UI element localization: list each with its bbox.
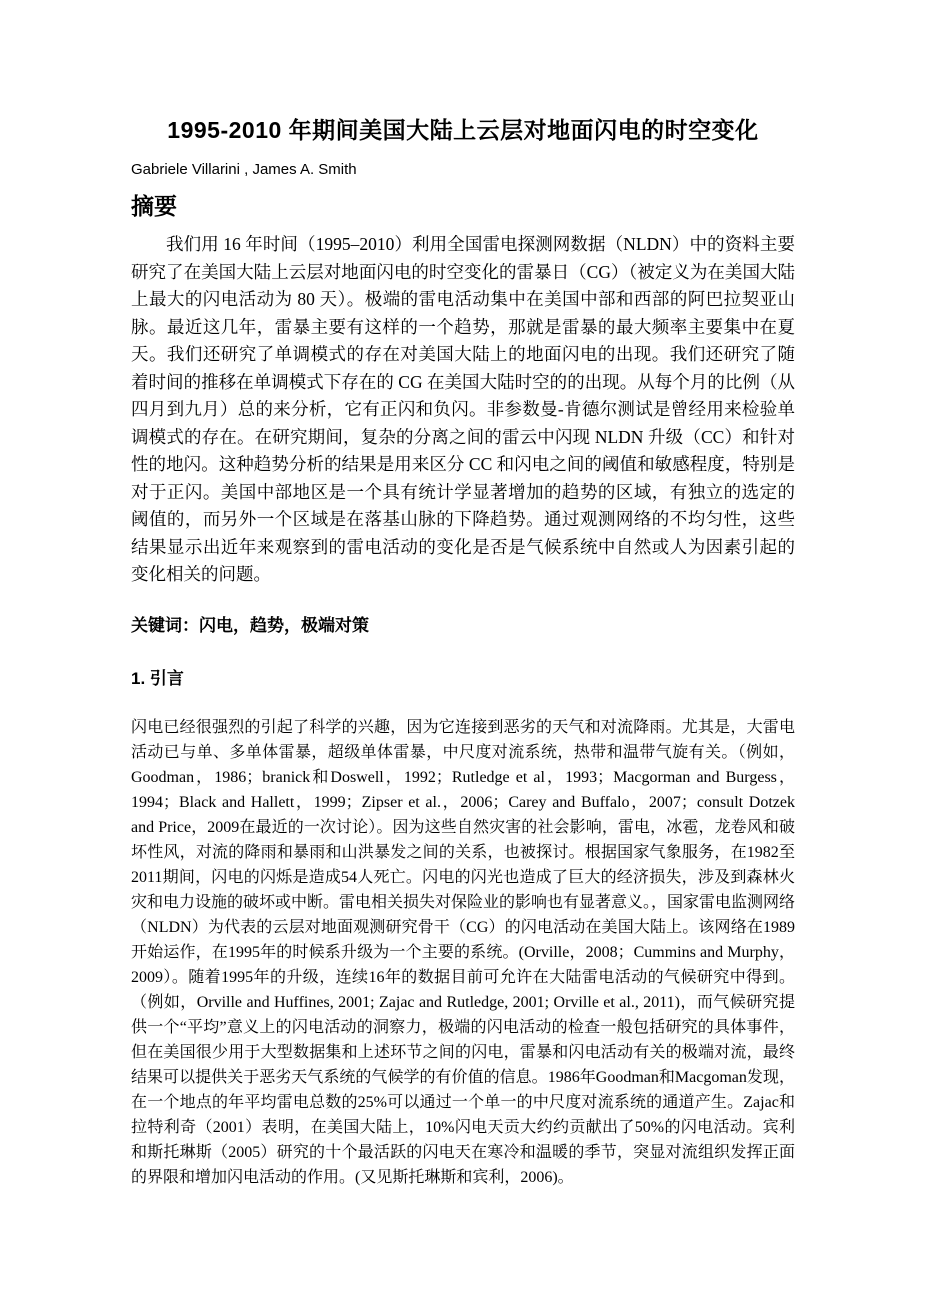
introduction-paragraph: 闪电已经很强烈的引起了科学的兴趣，因为它连接到恶劣的天气和对流降雨。尤其是，大雷… [131,715,795,1190]
authors-line: Gabriele Villarini , James A. Smith [131,161,795,178]
document-page: 1995-2010 年期间美国大陆上云层对地面闪电的时空变化 Gabriele … [0,0,926,1309]
keywords-line: 关键词：闪电，趋势，极端对策 [131,611,795,636]
abstract-heading: 摘要 [131,188,795,221]
section-1-heading: 1. 引言 [131,664,795,689]
abstract-paragraph: 我们用 16 年时间（1995–2010）利用全国雷电探测网数据（NLDN）中的… [131,231,795,589]
paper-title: 1995-2010 年期间美国大陆上云层对地面闪电的时空变化 [131,112,795,145]
